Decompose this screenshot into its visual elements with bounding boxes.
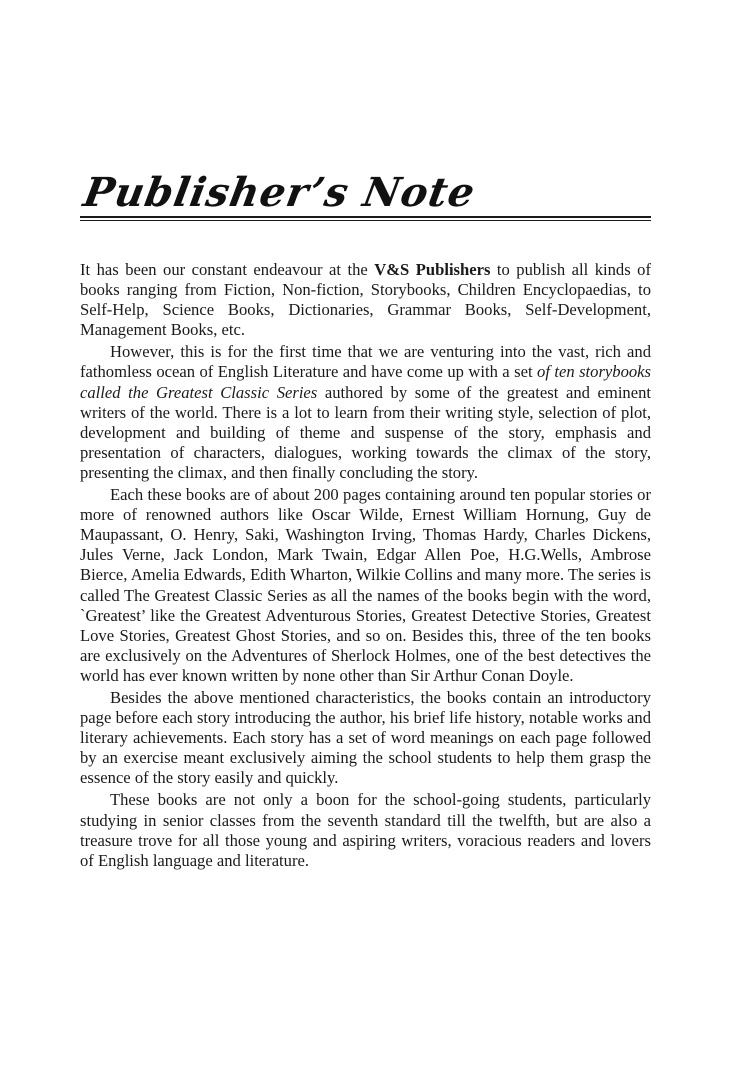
paragraph-text: It has been our constant endeavour at th… bbox=[80, 260, 374, 279]
publisher-name: V&S Publishers bbox=[374, 260, 490, 279]
paragraph-audience: These books are not only a boon for the … bbox=[80, 790, 651, 870]
paragraph-series-introduction: However, this is for the first time that… bbox=[80, 342, 651, 483]
title-double-rule-divider bbox=[80, 216, 651, 221]
paragraph-characteristics: Besides the above mentioned characterist… bbox=[80, 688, 651, 788]
paragraph-intro: It has been our constant endeavour at th… bbox=[80, 260, 651, 340]
paragraph-authors: Each these books are of about 200 pages … bbox=[80, 485, 651, 686]
document-body: It has been our constant endeavour at th… bbox=[80, 260, 651, 871]
page-title: Publisher’s Note bbox=[80, 170, 479, 216]
